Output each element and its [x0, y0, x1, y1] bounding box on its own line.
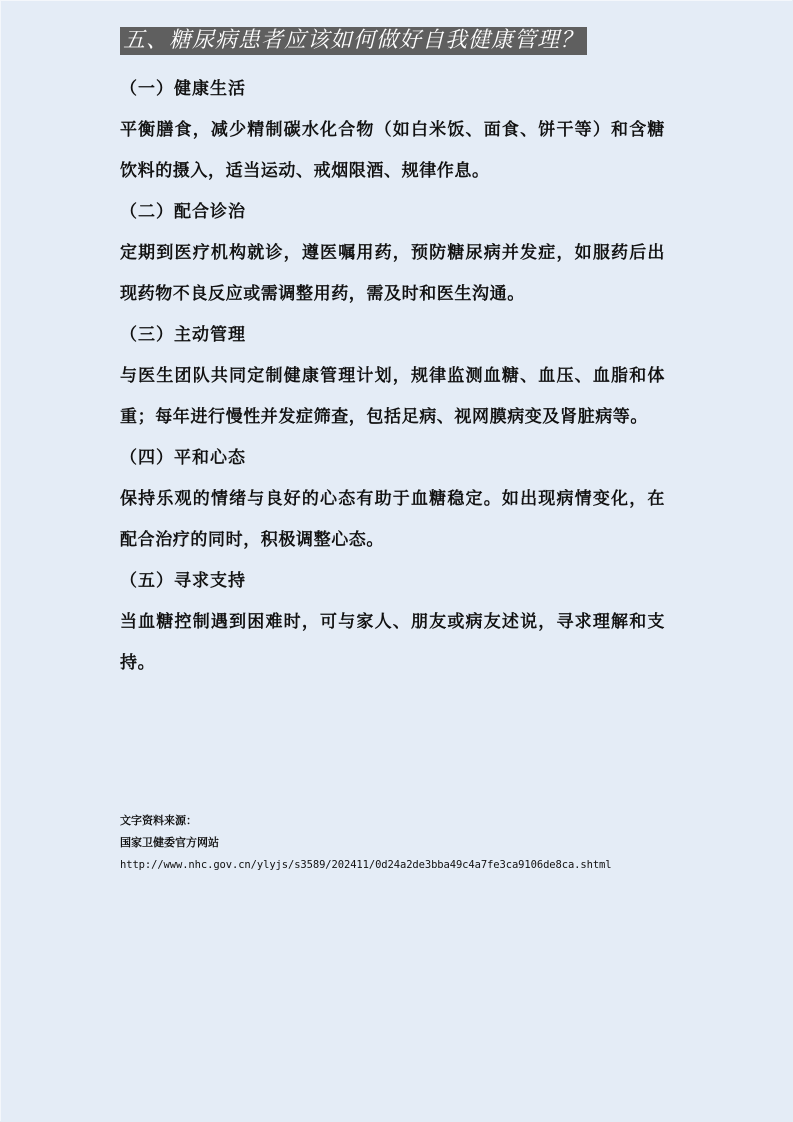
subsection-seek-support: （五）寻求支持 当血糖控制遇到困难时，可与家人、朋友或病友述说，寻求理解和支持。	[120, 561, 665, 684]
document-body: 五、糖尿病患者应该如何做好自我健康管理？ （一）健康生活 平衡膳食，减少精制碳水…	[120, 27, 665, 684]
subsection-heading: （三）主动管理	[120, 315, 665, 356]
source-label: 文字资料来源：	[120, 810, 612, 832]
subsection-body: 定期到医疗机构就诊，遵医嘱用药，预防糖尿病并发症，如服药后出现药物不良反应或需调…	[120, 233, 665, 315]
subsection-heading: （二）配合诊治	[120, 192, 665, 233]
subsection-treatment-cooperation: （二）配合诊治 定期到医疗机构就诊，遵医嘱用药，预防糖尿病并发症，如服药后出现药…	[120, 192, 665, 315]
section-title: 五、糖尿病患者应该如何做好自我健康管理？	[120, 27, 587, 55]
source-citation: 文字资料来源： 国家卫健委官方网站 http://www.nhc.gov.cn/…	[120, 810, 612, 876]
subsection-active-management: （三）主动管理 与医生团队共同定制健康管理计划，规律监测血糖、血压、血脂和体重；…	[120, 315, 665, 438]
subsection-heading: （一）健康生活	[120, 69, 665, 110]
subsection-heading: （四）平和心态	[120, 438, 665, 479]
source-publisher: 国家卫健委官方网站	[120, 832, 612, 854]
subsection-calm-mindset: （四）平和心态 保持乐观的情绪与良好的心态有助于血糖稳定。如出现病情变化，在配合…	[120, 438, 665, 561]
subsection-body: 平衡膳食，减少精制碳水化合物（如白米饭、面食、饼干等）和含糖饮料的摄入，适当运动…	[120, 110, 665, 192]
subsection-body: 与医生团队共同定制健康管理计划，规律监测血糖、血压、血脂和体重；每年进行慢性并发…	[120, 356, 665, 438]
subsection-healthy-living: （一）健康生活 平衡膳食，减少精制碳水化合物（如白米饭、面食、饼干等）和含糖饮料…	[120, 69, 665, 192]
subsection-heading: （五）寻求支持	[120, 561, 665, 602]
subsection-body: 保持乐观的情绪与良好的心态有助于血糖稳定。如出现病情变化，在配合治疗的同时，积极…	[120, 479, 665, 561]
subsection-body: 当血糖控制遇到困难时，可与家人、朋友或病友述说，寻求理解和支持。	[120, 602, 665, 684]
source-url-link[interactable]: http://www.nhc.gov.cn/ylyjs/s3589/202411…	[120, 854, 612, 876]
